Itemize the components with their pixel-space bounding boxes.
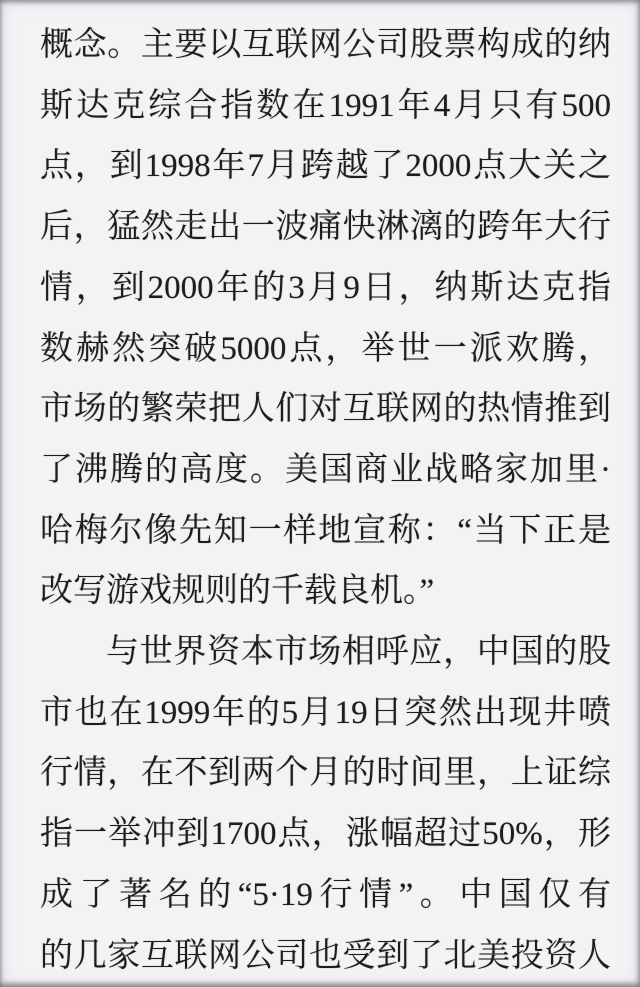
text-line-paragraph-end: 改写游戏规则的千载良机。”: [40, 561, 611, 622]
text-line: 斯达克综合指数在1991年4月只有500: [40, 76, 611, 137]
text-line: 情，到2000年的3月9日，纳斯达克指: [40, 258, 611, 319]
text-line: 的几家互联网公司也受到了北美投资人: [40, 926, 611, 987]
book-page: 概念。主要以互联网公司股票构成的纳 斯达克综合指数在1991年4月只有500 点…: [0, 0, 640, 987]
text-line: 市也在1999年的5月19日突然出现井喷: [40, 683, 611, 744]
text-line: 数赫然突破5000点，举世一派欢腾，: [40, 319, 611, 380]
text-line: 成了著名的“5·19行情”。中国仅有: [40, 865, 611, 926]
text-column: 概念。主要以互联网公司股票构成的纳 斯达克综合指数在1991年4月只有500 点…: [0, 0, 640, 986]
text-line: 哈梅尔像先知一样地宣称：“当下正是: [40, 501, 611, 562]
text-line: 指一举冲到1700点，涨幅超过50%，形: [40, 804, 611, 865]
text-line: 概念。主要以互联网公司股票构成的纳: [40, 15, 611, 76]
text-line: 行情，在不到两个月的时间里，上证综: [40, 743, 611, 804]
text-line: 点，到1998年7月跨越了2000点大关之: [40, 136, 611, 197]
text-line: 了沸腾的高度。美国商业战略家加里·: [40, 440, 611, 501]
text-line: 后，猛然走出一波痛快淋漓的跨年大行: [40, 197, 611, 258]
text-line: 市场的繁荣把人们对互联网的热情推到: [40, 379, 611, 440]
text-line-paragraph-start: 与世界资本市场相呼应，中国的股: [40, 622, 611, 683]
